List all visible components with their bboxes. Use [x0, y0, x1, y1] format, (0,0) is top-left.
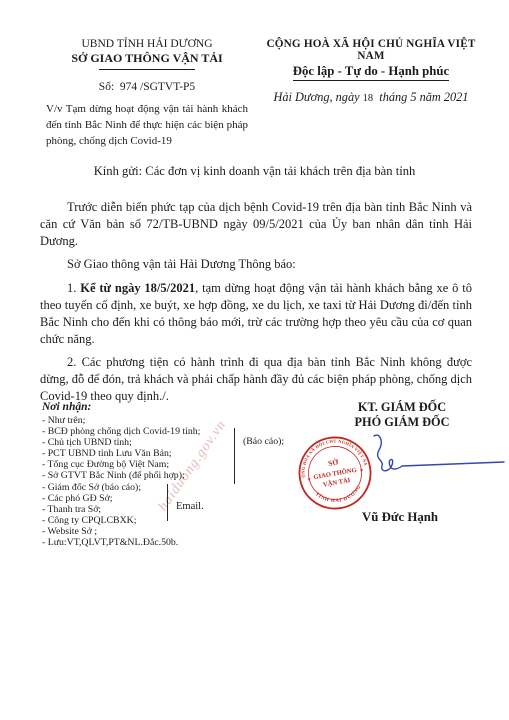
bracket-report-label: (Báo cáo);: [243, 436, 284, 447]
date-suffix: tháng 5 năm 2021: [379, 90, 468, 104]
place-date-line: Hải Dương, ngày 18 tháng 5 năm 2021: [252, 90, 490, 105]
body-paragraph-3: 1. Kể từ ngày 18/5/2021, tạm dừng hoạt đ…: [40, 280, 472, 349]
signer-title-1: KT. GIÁM ĐỐC: [312, 400, 492, 415]
document-subject: V/v Tạm dừng hoạt động vận tải hành khác…: [46, 102, 248, 150]
signer-title-2: PHÓ GIÁM ĐỐC: [312, 415, 492, 430]
issuing-authority-parent: UBND TỈNH HẢI DƯƠNG: [38, 38, 256, 50]
recipients-label: Nơi nhận:: [42, 401, 91, 413]
paragraph-3-effective-date: Kể từ ngày 18/5/2021: [80, 281, 195, 295]
issuing-authority-name: SỞ GIAO THÔNG VẬN TẢI: [38, 51, 256, 66]
body-paragraph-4: 2. Các phương tiện có hành trình đi qua …: [40, 354, 472, 405]
recipients-list: - Như trên; - BCĐ phòng chống dịch Covid…: [42, 415, 200, 548]
official-letter-page: haiduong.gov.vn UBND TỈNH HẢI DƯƠNG SỞ G…: [0, 0, 509, 720]
document-number: Số: 974 /SGTVT-P5: [38, 81, 256, 93]
document-number-value: 974: [120, 81, 137, 93]
recipient-item: - Giám đốc Sở (báo cáo);: [42, 482, 200, 493]
date-prefix: Hải Dương, ngày: [274, 90, 360, 104]
recipient-item: - Như trên;: [42, 415, 200, 426]
recipient-item: - PCT UBND tỉnh Lưu Văn Bản;: [42, 448, 200, 459]
recipient-item: - BCĐ phòng chống dịch Covid-19 tỉnh;: [42, 426, 200, 437]
letterhead-right: CỘNG HOÀ XÃ HỘI CHỦ NGHĨA VIỆT NAM Độc l…: [252, 38, 490, 105]
bracket-email-label: Email.: [176, 501, 204, 512]
paragraph-3-number: 1.: [67, 281, 80, 295]
seal-star-left-icon: ★: [307, 476, 313, 482]
seal-ring-bottom-text: TỈNH HẢI DƯƠNG: [313, 484, 364, 508]
recipient-item: - Tổng cục Đường bộ Việt Nam;: [42, 459, 200, 470]
signer-name: Vũ Đức Hạnh: [330, 510, 470, 525]
signature-path: [374, 435, 504, 471]
body-paragraph-2: Sở Giao thông vận tải Hải Dương Thông bá…: [40, 256, 472, 273]
recipient-item: - Website Sở ;: [42, 526, 200, 537]
date-day: 18: [363, 93, 374, 104]
letterhead-left: UBND TỈNH HẢI DƯƠNG SỞ GIAO THÔNG VẬN TẢ…: [38, 38, 256, 150]
recipients-bracket-report: [234, 428, 235, 484]
document-number-label: Số:: [99, 81, 114, 93]
recipient-item: - Lưu:VT,QLVT,PT&NL.Đắc.50b.: [42, 537, 200, 548]
seal-center-line-1: SỞ: [327, 456, 339, 468]
signature-stroke: [360, 430, 508, 488]
letter-body: Trước diễn biến phức tạp của dịch bệnh C…: [40, 199, 472, 411]
salutation-line: Kính gửi: Các đơn vị kinh doanh vận tải …: [0, 164, 509, 179]
recipient-item: - Chủ tịch UBND tỉnh;: [42, 437, 200, 448]
recipient-item: - Sở GTVT Bắc Ninh (để phối hợp);: [42, 470, 200, 481]
national-title: CỘNG HOÀ XÃ HỘI CHỦ NGHĨA VIỆT NAM: [252, 38, 490, 62]
body-paragraph-1: Trước diễn biến phức tạp của dịch bệnh C…: [40, 199, 472, 250]
national-motto: Độc lập - Tự do - Hạnh phúc: [293, 64, 449, 81]
svg-text:TỈNH HẢI DƯƠNG: TỈNH HẢI DƯƠNG: [313, 484, 364, 508]
recipients-bracket-email: [167, 484, 168, 521]
document-number-suffix: /SGTVT-P5: [140, 81, 195, 93]
letterhead-underline: [99, 69, 195, 70]
recipient-item: - Công ty CPQLCBXK;: [42, 515, 200, 526]
signer-block: KT. GIÁM ĐỐC PHÓ GIÁM ĐỐC: [312, 400, 492, 429]
